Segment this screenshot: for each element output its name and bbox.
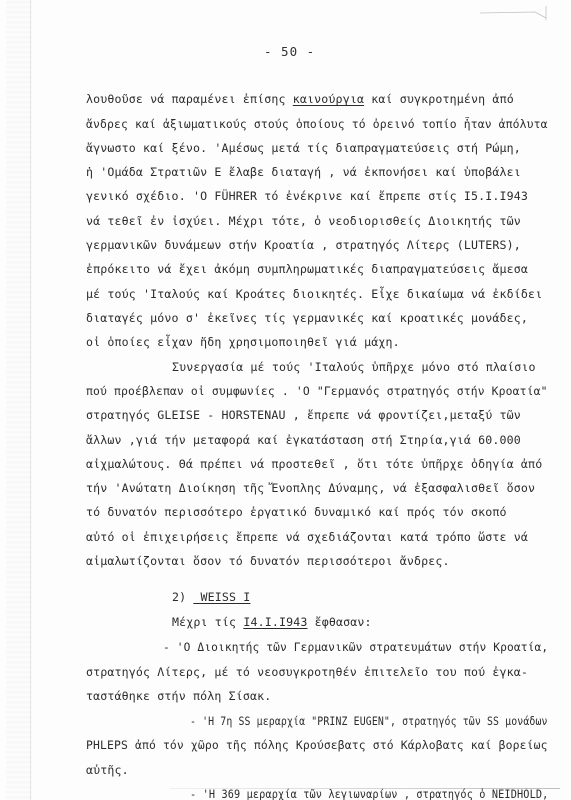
text-segment: τό δυνατόν περισσότερο ἐργατικό δυναμικό… (86, 505, 507, 519)
text-line: αἰχμαλώτους. Θά πρέπει νά προστεθεῖ , ὅτ… (86, 457, 542, 471)
text-segment: Συνεργασία μέ τούς 'Ιταλούς ὑπῆρχε μόνο … (172, 360, 536, 374)
text-segment: στρατηγός Λίτερς, μέ τό νεοσυγκροτηθέν ἐ… (86, 665, 528, 679)
text-segment: οἱ ὁποίες εἶχαν ἤδη χρησιμοποιηθεῖ γιά μ… (86, 335, 400, 349)
text-segment: καί συγκροτημένη ἀπό (364, 92, 514, 106)
text-segment: γερμανικῶν δυνάμεων στήν Κροατία , στρατ… (86, 238, 521, 252)
text-segment: Μέχρι τίς (172, 615, 243, 629)
text-line: μέ τούς 'Ιταλούς καί Κροάτες διοικητές. … (86, 287, 542, 301)
text-segment: PHLEPS ἀπό τόν χῶρο τῆς πόλης Κρούσεβατς… (86, 738, 548, 752)
text-line: γενικό σχέδιο. 'Ο FÜHRER τό ἐνέκρινε καί… (86, 189, 528, 203)
underlined-text: Ι4.Ι.Ι943 (243, 615, 307, 629)
underlined-text: καινούργια (293, 92, 364, 106)
text-segment: ἡ 'Ομάδα Στρατιῶν Ε ἔλαβε διαταγή , νά ἐ… (86, 165, 521, 179)
text-segment: ἔφθασαν: (307, 615, 371, 629)
text-segment: 2) (172, 590, 193, 604)
text-segment: αὐτό οἱ ἐπιχειρήσεις ἔπρεπε νά σχεδιάζον… (86, 530, 528, 544)
text-segment: στρατηγός GLEISE - HORSTENAU , ἔπρεπε νά… (86, 408, 521, 422)
text-segment: λουθοῦσε νά παραμένει ἐπίσης (86, 92, 293, 106)
text-line: ταστάθηκε στήν πόλη Σίσακ. (86, 689, 271, 703)
bottom-scan-line (170, 788, 560, 789)
text-segment: - 'Η 7η SS μεραρχία "PRINZ EUGEN", στρατ… (190, 714, 548, 728)
text-line: πού προέβλεπαν οἱ συμφωνίες . 'Ο "Γερμαν… (86, 384, 548, 398)
text-line: 2) _WEISS_I (172, 590, 250, 604)
text-line: αἰμαλωτίζονται ὅσον τό δυνατόν περισσότε… (86, 554, 450, 568)
text-segment: ἄγνωστο καί ξένο. 'Αμέσως μετά τίς διαπρ… (86, 141, 521, 155)
text-line: γερμανικῶν δυνάμεων στήν Κροατία , στρατ… (86, 238, 521, 252)
text-line: στρατηγός GLEISE - HORSTENAU , ἔπρεπε νά… (86, 408, 521, 422)
text-line: Μέχρι τίς Ι4.Ι.Ι943 ἔφθασαν: (172, 615, 372, 629)
corner-scan-mark (480, 4, 555, 22)
text-segment: αἰχμαλώτους. Θά πρέπει νά προστεθεῖ , ὅτ… (86, 457, 542, 471)
text-line: νά τεθεῖ ἐν ἰσχύει. Μέχρι τότε, ὁ νεοδιο… (86, 214, 521, 228)
text-line: ἄνδρες καί ἀξιωματικούς στούς ὁποίους τό… (86, 117, 548, 131)
text-segment: μέ τούς 'Ιταλούς καί Κροάτες διοικητές. … (86, 287, 542, 301)
text-segment: αὐτῆς. (86, 763, 129, 777)
text-segment: αἰμαλωτίζονται ὅσον τό δυνατόν περισσότε… (86, 554, 450, 568)
scan-edge-shadow (6, 0, 32, 800)
text-line: ἄγνωστο καί ξένο. 'Αμέσως μετά τίς διαπρ… (86, 141, 521, 155)
text-line: ἄλλων ,γιά τήν μεταφορά καί ἐγκατάσταση … (86, 433, 521, 447)
text-segment: διαταγές μόνο σ' ἐκεῖνες τίς γερμανικές … (86, 311, 528, 325)
text-line: ἐπρόκειτο νά ἔχει ἀκόμη συμπληρωματικές … (86, 262, 528, 276)
text-segment: ἄνδρες καί ἀξιωματικούς στούς ὁποίους τό… (86, 117, 548, 131)
text-line: τήν 'Ανώτατη Διοίκηση τῆς Ἔνοπλης Δύναμη… (86, 481, 535, 495)
text-line: ἡ 'Ομάδα Στρατιῶν Ε ἔλαβε διαταγή , νά ἐ… (86, 165, 521, 179)
scanned-document-page: - 50 - λουθοῦσε νά παραμένει ἐπίσης καιν… (0, 0, 571, 800)
text-line: - 'Ο Διοικητής τῶν Γερμανικῶν στρατευμάτ… (163, 640, 548, 654)
text-segment: γενικό σχέδιο. 'Ο FÜHRER τό ἐνέκρινε καί… (86, 189, 528, 203)
text-segment: ἐπρόκειτο νά ἔχει ἀκόμη συμπληρωματικές … (86, 262, 528, 276)
text-segment: - 'Ο Διοικητής τῶν Γερμανικῶν στρατευμάτ… (163, 640, 548, 654)
text-segment: ἄλλων ,γιά τήν μεταφορά καί ἐγκατάσταση … (86, 433, 521, 447)
text-line: οἱ ὁποίες εἶχαν ἤδη χρησιμοποιηθεῖ γιά μ… (86, 335, 400, 349)
scan-edge-line (30, 0, 31, 800)
text-line: αὐτῆς. (86, 763, 129, 777)
text-segment: τήν 'Ανώτατη Διοίκηση τῆς Ἔνοπλης Δύναμη… (86, 481, 535, 495)
text-line: λουθοῦσε νά παραμένει ἐπίσης καινούργια … (86, 92, 514, 106)
text-line: στρατηγός Λίτερς, μέ τό νεοσυγκροτηθέν ἐ… (86, 665, 528, 679)
text-line: PHLEPS ἀπό τόν χῶρο τῆς πόλης Κρούσεβατς… (86, 738, 548, 752)
page-number: - 50 - (264, 44, 315, 59)
text-line: τό δυνατόν περισσότερο ἐργατικό δυναμικό… (86, 505, 507, 519)
text-segment: ταστάθηκε στήν πόλη Σίσακ. (86, 689, 271, 703)
text-segment: νά τεθεῖ ἐν ἰσχύει. Μέχρι τότε, ὁ νεοδιο… (86, 214, 521, 228)
text-line: διαταγές μόνο σ' ἐκεῖνες τίς γερμανικές … (86, 311, 528, 325)
text-segment: πού προέβλεπαν οἱ συμφωνίες . 'Ο "Γερμαν… (86, 384, 548, 398)
underlined-text: _WEISS_I (193, 590, 250, 604)
text-line: - 'Η 7η SS μεραρχία "PRINZ EUGEN", στρατ… (190, 714, 548, 728)
text-line: Συνεργασία μέ τούς 'Ιταλούς ὑπῆρχε μόνο … (172, 360, 536, 374)
text-line: αὐτό οἱ ἐπιχειρήσεις ἔπρεπε νά σχεδιάζον… (86, 530, 528, 544)
